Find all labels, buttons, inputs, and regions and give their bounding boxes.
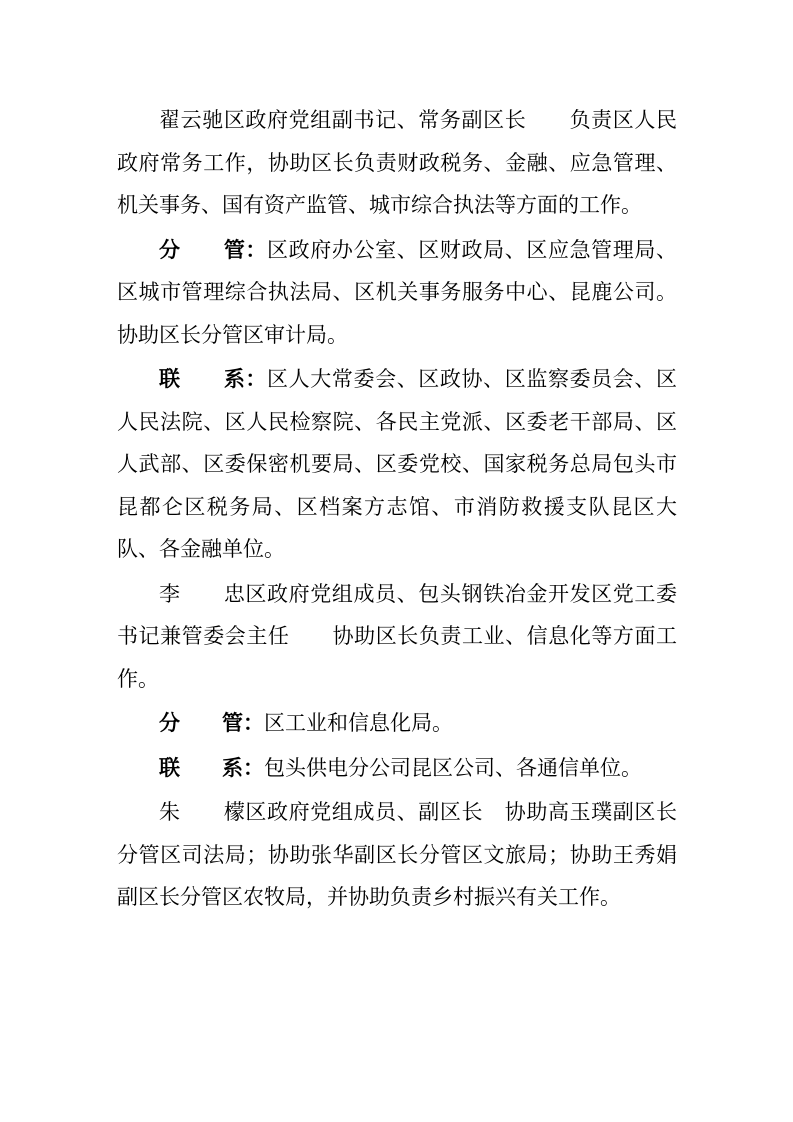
paragraph: 联 系：区人大常委会、区政协、区监察委员会、区人民法院、区人民检察院、各民主党派… bbox=[117, 359, 677, 572]
paragraph: 李 忠区政府党组成员、包头钢铁冶金开发区党工委书记兼管委会主任 协助区长负责工业… bbox=[117, 574, 677, 702]
paragraph: 联 系：包头供电分公司昆区公司、各通信单位。 bbox=[117, 748, 677, 791]
paragraph: 分 管：区政府办公室、区财政局、区应急管理局、区城市管理综合执法局、区机关事务服… bbox=[117, 230, 677, 358]
paragraph: 分 管：区工业和信息化局。 bbox=[117, 703, 677, 746]
paragraph: 朱 檬区政府党组成员、副区长 协助高玉璞副区长分管区司法局；协助张华副区长分管区… bbox=[117, 792, 677, 920]
paragraph: 翟云驰区政府党组副书记、常务副区长 负责区人民政府常务工作，协助区长负责财政税务… bbox=[117, 100, 677, 228]
paragraph-bold-label: 联 系： bbox=[159, 368, 267, 391]
paragraph-text: 包头供电分公司昆区公司、各通信单位。 bbox=[264, 757, 642, 780]
paragraph-text: 区人大常委会、区政协、区监察委员会、区人民法院、区人民检察院、各民主党派、区委老… bbox=[117, 368, 677, 561]
document-page: 翟云驰区政府党组副书记、常务副区长 负责区人民政府常务工作，协助区长负责财政税务… bbox=[0, 0, 793, 1122]
paragraph-bold-label: 联 系： bbox=[159, 757, 264, 780]
paragraph-text: 区工业和信息化局。 bbox=[264, 712, 453, 735]
paragraph-text: 李 忠区政府党组成员、包头钢铁冶金开发区党工委书记兼管委会主任 协助区长负责工业… bbox=[117, 583, 677, 691]
paragraph-bold-label: 分 管： bbox=[159, 712, 264, 735]
paragraph-text: 朱 檬区政府党组成员、副区长 协助高玉璞副区长分管区司法局；协助张华副区长分管区… bbox=[117, 801, 677, 909]
paragraph-text: 翟云驰区政府党组副书记、常务副区长 负责区人民政府常务工作，协助区长负责财政税务… bbox=[117, 109, 677, 217]
paragraph-bold-label: 分 管： bbox=[159, 239, 267, 262]
